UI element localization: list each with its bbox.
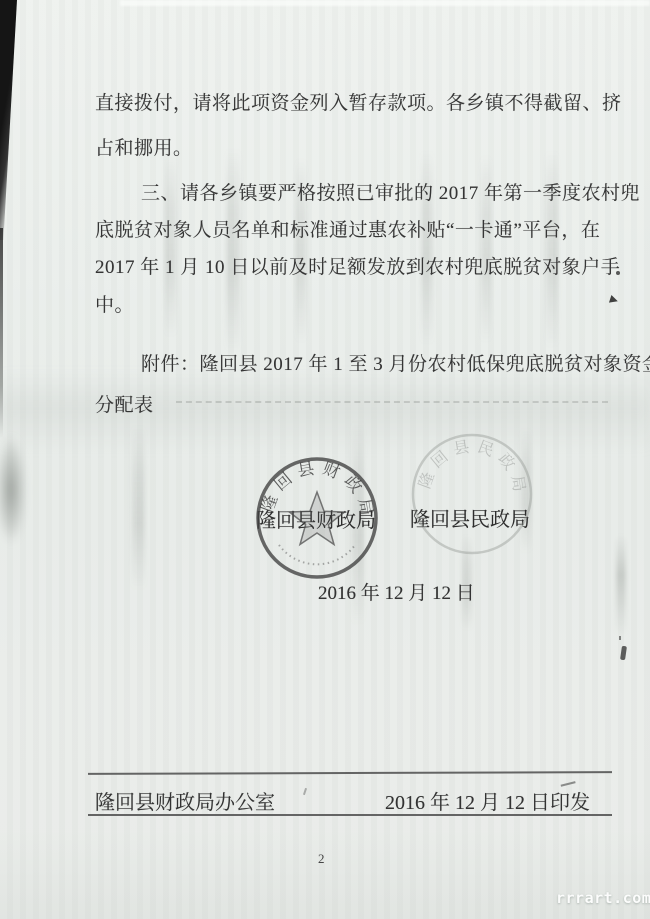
body-line: 中。 (95, 290, 134, 317)
ink-speck (616, 271, 620, 275)
scan-top-edge-highlight (120, 0, 650, 6)
ink-blot (620, 646, 627, 661)
ink-arrow-mark (609, 295, 619, 305)
bleedthrough-streak (521, 428, 531, 553)
body-line: 2017 年 1 月 10 日以前及时足额发放到农村兜底脱贫对象户手 (95, 252, 620, 279)
attachment-line: 附件：隆回县 2017 年 1 至 3 月份农村低保兜底脱贫对象资金 (141, 349, 650, 376)
signature-date: 2016 年 12 月 12 日 (318, 578, 475, 605)
footer-rule-bottom (88, 814, 612, 816)
paper-left-edge-shadow (0, 420, 30, 560)
body-line: 底脱贫对象人员名单和标准通过惠农补贴“一卡通”平台，在 (95, 215, 600, 242)
body-line: 直接拨付，请将此项资金列入暂存款项。各乡镇不得截留、挤 (95, 88, 622, 115)
paper-bottom-shade (0, 830, 650, 919)
page-number: 2 (318, 851, 325, 867)
scanned-document-page: 直接拨付，请将此项资金列入暂存款项。各乡镇不得截留、挤 占和挪用。 三、请各乡镇… (0, 0, 650, 919)
ink-speck (619, 636, 621, 640)
paper-crease-right (616, 535, 626, 635)
ink-tick (303, 788, 307, 795)
attachment-line: 分配表 (95, 390, 154, 417)
scanner-corner-shadow (0, 0, 17, 240)
body-line: 占和挪用。 (95, 133, 193, 160)
faint-dash-marks (176, 401, 608, 403)
site-watermark: rrrart.com (556, 889, 650, 907)
civil-affairs-bureau-name: 隆回县民政局 (410, 503, 530, 532)
bleedthrough-streak (132, 425, 145, 590)
finance-bureau-name: 隆回县财政局 (256, 504, 376, 533)
footer-print-date: 2016 年 12 月 12 日印发 (385, 786, 590, 815)
footer-issuer: 隆回县财政局办公室 (95, 786, 275, 815)
body-line: 三、请各乡镇要严格按照已审批的 2017 年第一季度农村兜 (141, 178, 640, 205)
footer-rule-top (88, 771, 612, 775)
civil-affairs-bureau-seal: 隆回县民政局 (413, 435, 531, 553)
paper-left-edge-line (0, 228, 3, 438)
